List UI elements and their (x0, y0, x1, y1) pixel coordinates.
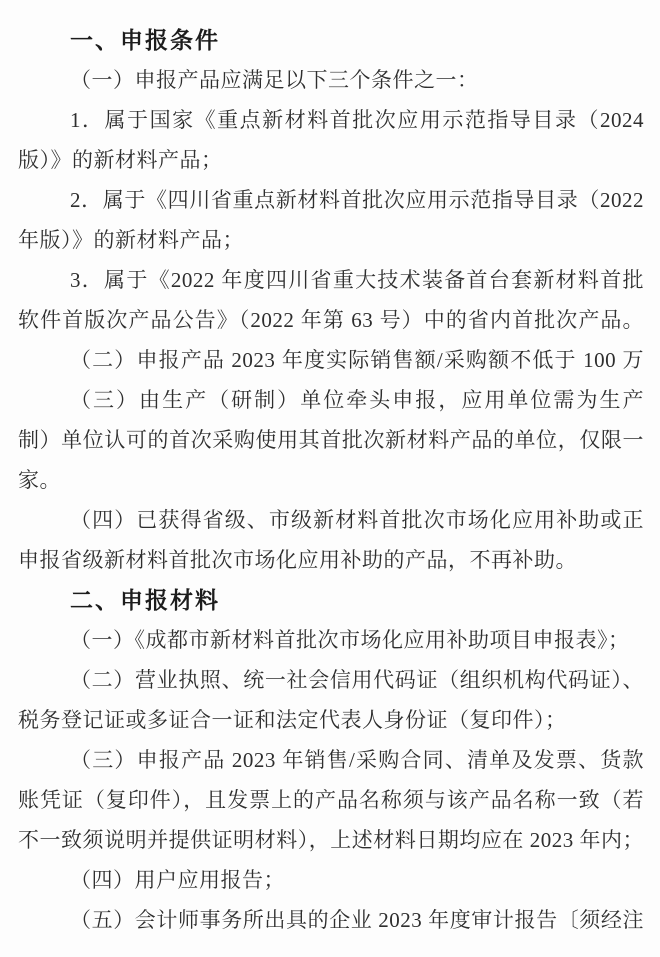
doc-line-condition-3-end: 家。 (18, 460, 644, 500)
heading-application-conditions: 一、申报条件 (18, 20, 644, 60)
doc-line-condition-4: （四）已获得省级、市级新材料首批次市场化应用补助或正在 (18, 500, 644, 540)
doc-line-condition-2: （二）申报产品 2023 年度实际销售额/采购额不低于 100 万元。 (18, 340, 644, 380)
doc-line-material-2: （二）营业执照、统一社会信用代码证（组织机构代码证）、 (18, 660, 644, 700)
doc-line-material-3-end: 不一致须说明并提供证明材料），上述材料日期均应在 2023 年内； (18, 820, 644, 860)
doc-line-condition-3: （三）由生产（研制）单位牵头申报，应用单位需为生产（研 (18, 380, 644, 420)
doc-line-condition-3-cont: 制）单位认可的首次采购使用其首批次新材料产品的单位，仅限一 (18, 420, 644, 460)
heading-application-materials: 二、申报材料 (18, 580, 644, 620)
doc-line-condition-item3: 3．属于《2022 年度四川省重大技术装备首台套新材料首批次 (18, 260, 644, 300)
doc-line-condition-item2-cont: 年版）》的新材料产品； (18, 220, 644, 260)
doc-line-condition-4-cont: 申报省级新材料首批次市场化应用补助的产品，不再补助。 (18, 540, 644, 580)
document-page: 一、申报条件 （一）申报产品应满足以下三个条件之一： 1．属于国家《重点新材料首… (0, 0, 660, 957)
doc-line-condition-intro: （一）申报产品应满足以下三个条件之一： (18, 60, 644, 100)
doc-line-condition-item1-cont: 版）》的新材料产品； (18, 140, 644, 180)
doc-line-material-4: （四）用户应用报告； (18, 860, 644, 900)
doc-line-condition-item2: 2．属于《四川省重点新材料首批次应用示范指导目录（2022 (18, 180, 644, 220)
doc-line-material-3-cont: 账凭证（复印件），且发票上的产品名称须与该产品名称一致（若 (18, 780, 644, 820)
doc-line-material-5: （五）会计师事务所出具的企业 2023 年度审计报告〔须经注 (18, 900, 644, 940)
doc-line-material-1: （一）《成都市新材料首批次市场化应用补助项目申报表》； (18, 620, 644, 660)
doc-line-material-3: （三）申报产品 2023 年销售/采购合同、清单及发票、货款到 (18, 740, 644, 780)
doc-line-material-2-cont: 税务登记证或多证合一证和法定代表人身份证（复印件）； (18, 700, 644, 740)
doc-line-condition-item3-cont: 软件首版次产品公告》（2022 年第 63 号）中的省内首批次产品。 (18, 300, 644, 340)
doc-line-condition-item1: 1．属于国家《重点新材料首批次应用示范指导目录（2024 年 (18, 100, 644, 140)
